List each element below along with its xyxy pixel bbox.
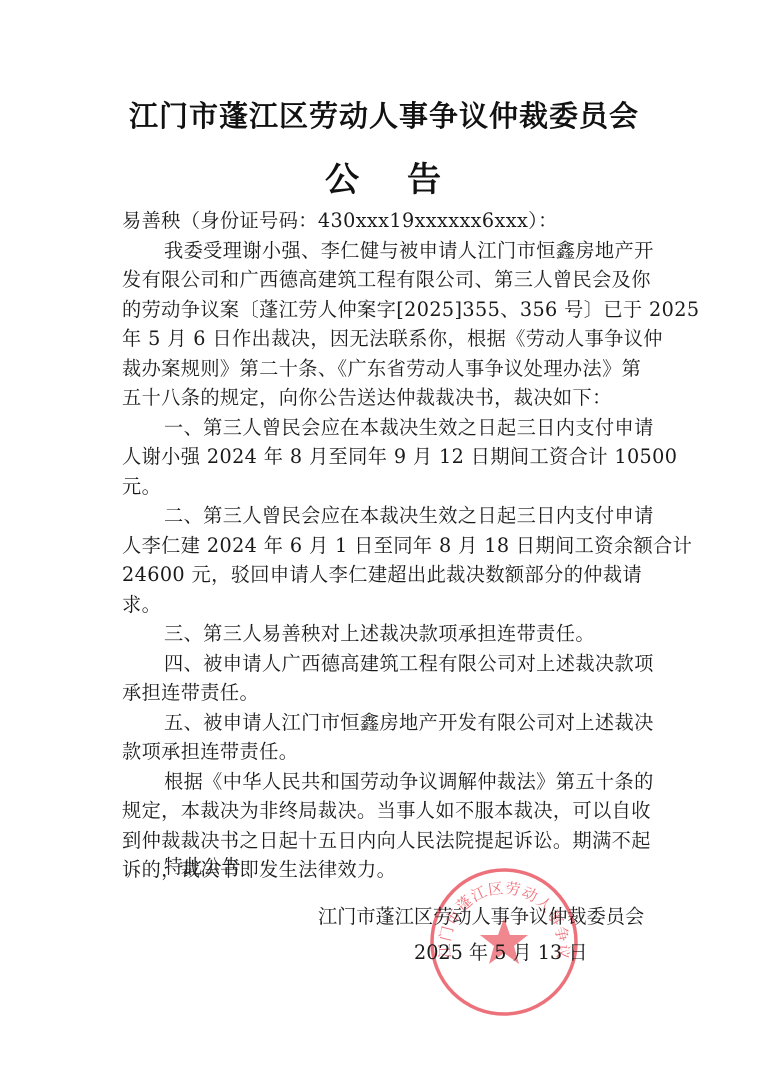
paragraph-line: 年 5 月 6 日作出裁决，因无法联系你，根据《劳动人事争议仲 [122, 324, 670, 354]
paragraph-line: 求。 [122, 590, 670, 620]
signature-organization: 江门市蓬江区劳动人事争议仲裁委员会 [318, 902, 644, 932]
heading-char-2: 告 [407, 152, 443, 201]
paragraph-ruling-3: 三、第三人易善秧对上述裁决款项承担连带责任。 [122, 619, 670, 649]
paragraph-line: 承担连带责任。 [122, 678, 670, 708]
paragraph-line: 一、第三人曾民会应在本裁决生效之日起三日内支付申请 [122, 413, 670, 443]
paragraph-line: 款项承担连带责任。 [122, 737, 670, 767]
paragraph-ruling-2: 二、第三人曾民会应在本裁决生效之日起三日内支付申请 人李仁建 2024 年 6 … [122, 501, 670, 619]
paragraph-line: 规定，本裁决为非终局裁决。当事人如不服本裁决，可以自收 [122, 796, 670, 826]
notice-body: 易善秧（身份证号码：430xxx19xxxxxx6xxx）： 我委受理谢小强、李… [122, 206, 670, 885]
paragraph-line: 四、被申请人广西德高建筑工程有限公司对上述裁决款项 [122, 649, 670, 679]
signature-date: 2025 年 5 月 13 日 [414, 938, 588, 968]
addressee: 易善秧（身份证号码：430xxx19xxxxxx6xxx）： [122, 206, 670, 236]
paragraph-line: 裁办案规则》第二十条、《广东省劳动人事争议处理办法》第 [122, 354, 670, 384]
paragraph-line: 五十八条的规定，向你公告送达仲裁裁决书，裁决如下： [122, 383, 670, 413]
paragraph-line: 三、第三人易善秧对上述裁决款项承担连带责任。 [122, 619, 670, 649]
paragraph-line: 根据《中华人民共和国劳动争议调解仲裁法》第五十条的 [122, 767, 670, 797]
paragraph-ruling-1: 一、第三人曾民会应在本裁决生效之日起三日内支付申请 人谢小强 2024 年 8 … [122, 413, 670, 502]
document-type-heading: 公告 [0, 152, 768, 201]
closing-phrase: 特此公告 [164, 852, 241, 882]
paragraph-line: 人谢小强 2024 年 8 月至同年 9 月 12 日期间工资合计 10500 [122, 442, 670, 472]
paragraph-line: 元。 [122, 472, 670, 502]
paragraph-ruling-5: 五、被申请人江门市恒鑫房地产开发有限公司对上述裁决 款项承担连带责任。 [122, 708, 670, 767]
paragraph-line: 24600 元，驳回申请人李仁建超出此裁决数额部分的仲裁请 [122, 560, 670, 590]
heading-char-1: 公 [325, 152, 361, 201]
paragraph-line: 二、第三人曾民会应在本裁决生效之日起三日内支付申请 [122, 501, 670, 531]
notice-page: 江门市蓬江区劳动人事争议仲裁委员会 公告 易善秧（身份证号码：430xxx19x… [0, 0, 768, 1072]
paragraph-line: 发有限公司和广西德高建筑工程有限公司、第三人曾民会及你 [122, 265, 670, 295]
paragraph-line: 的劳动争议案〔蓬江劳人仲案字[2025]355、356 号〕已于 2025 [122, 295, 670, 325]
paragraph-line: 人李仁建 2024 年 6 月 1 日至同年 8 月 18 日期间工资余额合计 [122, 531, 670, 561]
paragraph-line: 五、被申请人江门市恒鑫房地产开发有限公司对上述裁决 [122, 708, 670, 738]
paragraph-line: 我委受理谢小强、李仁健与被申请人江门市恒鑫房地产开 [122, 236, 670, 266]
issuer-title: 江门市蓬江区劳动人事争议仲裁委员会 [0, 94, 768, 135]
paragraph-line: 到仲裁裁决书之日起十五日内向人民法院提起诉讼。期满不起 [122, 826, 670, 856]
paragraph-intro: 我委受理谢小强、李仁健与被申请人江门市恒鑫房地产开 发有限公司和广西德高建筑工程… [122, 236, 670, 413]
paragraph-ruling-4: 四、被申请人广西德高建筑工程有限公司对上述裁决款项 承担连带责任。 [122, 649, 670, 708]
